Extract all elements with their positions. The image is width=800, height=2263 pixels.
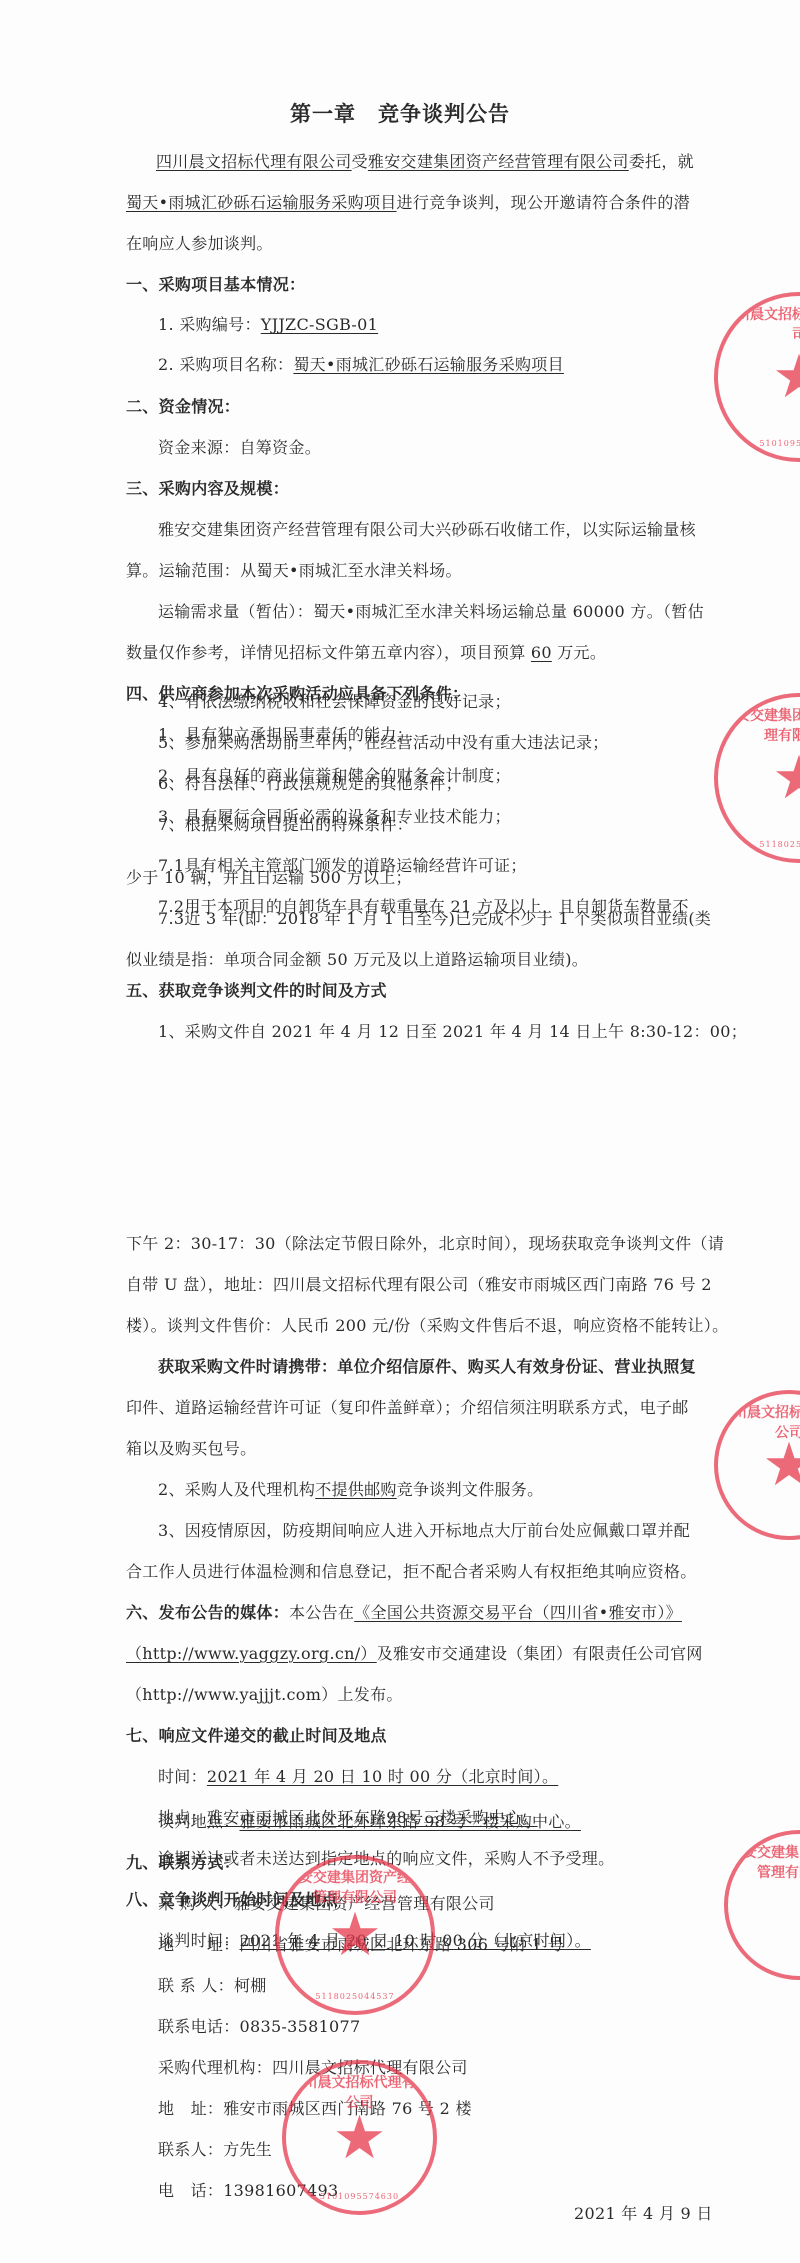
label: 地 址：: [158, 2099, 223, 2118]
agent-name: 四川晨文招标代理有限公司: [156, 152, 352, 171]
project-name: 蜀天•雨城汇砂砾石运输服务采购项目: [126, 193, 397, 212]
bring-docs-line-3: 箱以及购买包号。: [126, 1437, 256, 1461]
label: 地 址：: [158, 1935, 240, 1954]
deadline-time-value: 2021 年 4 月 20 日 10 时 00 分（北京时间）。: [207, 1767, 558, 1786]
demand-line-2: 数量仅作参考，详情见招标文件第五章内容），项目预算 60 万元。: [126, 641, 606, 665]
condition-7: 7、根据采购项目提出的特殊条件：: [158, 813, 413, 837]
agency-contact-row: 联系人：方先生: [158, 2138, 272, 2162]
acquire-line-1: 1、采购文件自 2021 年 4 月 12 日至 2021 年 4 月 14 日…: [158, 1020, 747, 1044]
label: 联系电话：: [158, 2017, 240, 2036]
text: 竞争谈判文件服务。: [397, 1480, 544, 1499]
star-icon: ★: [762, 1435, 800, 1495]
intro-text: 受: [352, 152, 368, 171]
contact-value: 方先生: [223, 2140, 272, 2159]
procurement-number-value: YJJZC-SGB-01: [261, 315, 378, 334]
official-seal-agency: 四川晨文招标代理有限公司 ★ 5101095574630: [282, 2060, 437, 2215]
section-3-heading: 三、采购内容及规模：: [126, 477, 289, 501]
label: 谈判地点：: [158, 1812, 240, 1831]
condition-5: 5、参加采购活动前三年内，在经营活动中没有重大违法记录；: [158, 731, 609, 755]
epidemic-line-1: 3、因疫情原因，防疫期间响应人进入开标地点大厅前台处应佩戴口罩并配: [158, 1519, 690, 1543]
condition-7-2-line-2: 少于 10 辆，并且日运输 500 方以上；: [126, 866, 412, 890]
fund-source: 资金来源：自筹资金。: [158, 436, 321, 460]
section-1-heading: 一、采购项目基本情况：: [126, 273, 305, 297]
document-page-1: 第一章 竞争谈判公告 四川晨文招标代理有限公司受雅安交建集团资产经营管理有限公司…: [0, 0, 800, 1060]
text: 本公告在: [289, 1603, 354, 1622]
document-date: 2021 年 4 月 9 日: [574, 2202, 713, 2226]
official-seal-agency-partial: 四川晨文招标代理有限公司 ★: [714, 1390, 800, 1540]
condition-7-3-line-1: 7.3近 3 年(即：2018 年 1 月 1 日至今)已完成不少于 1 个类似…: [158, 907, 711, 931]
purchaser-phone-row: 联系电话：0835-3581077: [158, 2015, 361, 2039]
seal-text: 雅安交建集团资产经营管理有限公司: [718, 705, 800, 745]
section-5-heading: 五、获取竞争谈判文件的时间及方式: [126, 979, 387, 1003]
section-7-heading: 七、响应文件递交的截止时间及地点: [126, 1724, 387, 1748]
section-6-heading: 六、发布公告的媒体：: [126, 1603, 289, 1622]
label: 联 系 人：: [158, 1976, 234, 1995]
procurement-number: 1. 采购编号：YJJZC-SGB-01: [158, 313, 378, 337]
intro-text: 委托，就: [629, 152, 694, 171]
phone-value: 0835-3581077: [240, 2017, 361, 2036]
section-9-heading: 九、联系方式：: [126, 1851, 240, 1875]
text: 及雅安市交通建设（集团）有限责任公司官网: [377, 1644, 703, 1663]
bring-docs-line-1: 获取采购文件时请携带：单位介绍信原件、购买人有效身份证、营业执照复: [158, 1355, 696, 1379]
demand-line-1: 运输需求量（暂估）：蜀天•雨城汇至水津关料场运输总量 60000 方。（暂估: [158, 600, 704, 624]
official-seal-agency: 四川晨文招标代理有限公司 ★ 5101095574630: [714, 292, 800, 462]
bring-docs-line-2: 印件、道路运输经营许可证（复印件盖鲜章）；介绍信须注明联系方式，电子邮: [126, 1396, 689, 1420]
condition-4: 4、有依法缴纳税收和社会保障资金的良好记录；: [158, 690, 511, 714]
section-6-line-1: 六、发布公告的媒体：本公告在《全国公共资源交易平台（四川省•雅安市）》: [126, 1601, 682, 1625]
scope-line-1: 雅安交建集团资产经营管理有限公司大兴砂砾石收储工作，以实际运输量核: [158, 518, 696, 542]
condition-7-3-line-2: 似业绩是指：单项合同金额 50 万元及以上道路运输项目业绩)。: [126, 948, 588, 972]
label: 采购代理机构：: [158, 2058, 272, 2077]
document-page-2: 下午 2：30-17：30（除法定节假日除外，北京时间），现场获取竞争谈判文件（…: [0, 1060, 800, 2263]
star-icon: ★: [772, 347, 800, 407]
text: 万元。: [552, 643, 606, 662]
label: 联系人：: [158, 2140, 223, 2159]
scope-line-2: 算。运输范围：从蜀天•雨城汇至水津关料场。: [126, 559, 462, 583]
project-name-row: 2. 采购项目名称：蜀天•雨城汇砂砾石运输服务采购项目: [158, 353, 564, 377]
star-icon: ★: [328, 1905, 382, 1965]
intro-text: 进行竞争谈判，现公开邀请符合条件的潜: [397, 193, 690, 212]
star-icon: ★: [772, 748, 800, 808]
acquire-line-4: 楼）。谈判文件售价：人民币 200 元/份（采购文件售后不退，响应资格不能转让）…: [126, 1314, 728, 1338]
acquire-line-3: 自带 U 盘），地址：四川晨文招标代理有限公司（雅安市雨城区西门南路 76 号 …: [126, 1273, 712, 1297]
label: 2. 采购项目名称：: [158, 355, 293, 374]
page-title: 第一章 竞争谈判公告: [0, 102, 800, 126]
star-icon: ★: [333, 2108, 387, 2168]
section-2-heading: 二、资金情况：: [126, 395, 240, 419]
seal-number: 5118025044537: [718, 840, 800, 849]
label: 时间：: [158, 1767, 207, 1786]
seal-number: 5118025044537: [279, 1992, 431, 2001]
intro-line-1: 四川晨文招标代理有限公司受雅安交建集团资产经营管理有限公司委托，就: [156, 150, 694, 174]
intro-line-2: 蜀天•雨城汇砂砾石运输服务采购项目进行竞争谈判，现公开邀请符合条件的潜: [126, 191, 690, 215]
section-6-line-2: （http://www.yaggzy.org.cn/）及雅安市交通建设（集团）有…: [126, 1642, 703, 1666]
project-name-value: 蜀天•雨城汇砂砾石运输服务采购项目: [293, 355, 564, 374]
platform-link[interactable]: 《全国公共资源交易平台（四川省•雅安市）》: [354, 1603, 682, 1622]
acquire-line-2: 下午 2：30-17：30（除法定节假日除外，北京时间），现场获取竞争谈判文件（…: [126, 1232, 724, 1256]
official-seal-purchaser: 雅安交建集团资产经营管理有限公司 ★ 5118025044537: [714, 693, 800, 863]
seal-text: 四川晨文招标代理有限公司: [718, 304, 800, 344]
official-seal-purchaser-partial: 雅安交建集团资产经营管理有限公司: [724, 1830, 800, 1980]
text: 2、采购人及代理机构: [158, 1480, 315, 1499]
condition-6: 6、符合法律、行政法规规定的其他条件；: [158, 772, 462, 796]
purchaser-contact-row: 联 系 人：柯棚: [158, 1974, 267, 1998]
section-6-line-3: （http://www.yajjjt.com）上发布。: [126, 1683, 403, 1707]
negotiation-place-value: 雅安市雨城区北外环东路 98 号三楼采购中心。: [240, 1812, 581, 1831]
official-seal-purchaser: 雅安交建集团资产经营管理有限公司 ★ 5118025044537: [275, 1855, 435, 2015]
label: 电 话：: [158, 2181, 223, 2200]
label: 1. 采购编号：: [158, 315, 261, 334]
platform-url-link[interactable]: （http://www.yaggzy.org.cn/）: [126, 1644, 377, 1663]
epidemic-line-2: 合工作人员进行体温检测和信息登记，拒不配合者采购人有权拒绝其响应资格。: [126, 1560, 697, 1584]
contact-value: 柯棚: [234, 1976, 267, 1995]
seal-number: 5101095574630: [286, 2192, 433, 2201]
purchaser-name: 雅安交建集团资产经营管理有限公司: [368, 152, 629, 171]
deadline-time: 时间：2021 年 4 月 20 日 10 时 00 分（北京时间）。: [158, 1765, 558, 1789]
no-mail-order: 2、采购人及代理机构不提供邮购竞争谈判文件服务。: [158, 1478, 543, 1502]
label: 采 购 人：: [158, 1894, 234, 1913]
budget-value: 60: [531, 643, 552, 662]
negotiation-place: 谈判地点：雅安市雨城区北外环东路 98 号三楼采购中心。: [158, 1810, 581, 1834]
seal-text: 雅安交建集团资产经营管理有限公司: [728, 1842, 800, 1882]
intro-line-3: 在响应人参加谈判。: [126, 232, 273, 256]
no-mail-emphasis: 不提供邮购: [315, 1480, 397, 1499]
seal-number: 5101095574630: [718, 439, 800, 448]
text: 数量仅作参考，详情见招标文件第五章内容），项目预算: [126, 643, 531, 662]
